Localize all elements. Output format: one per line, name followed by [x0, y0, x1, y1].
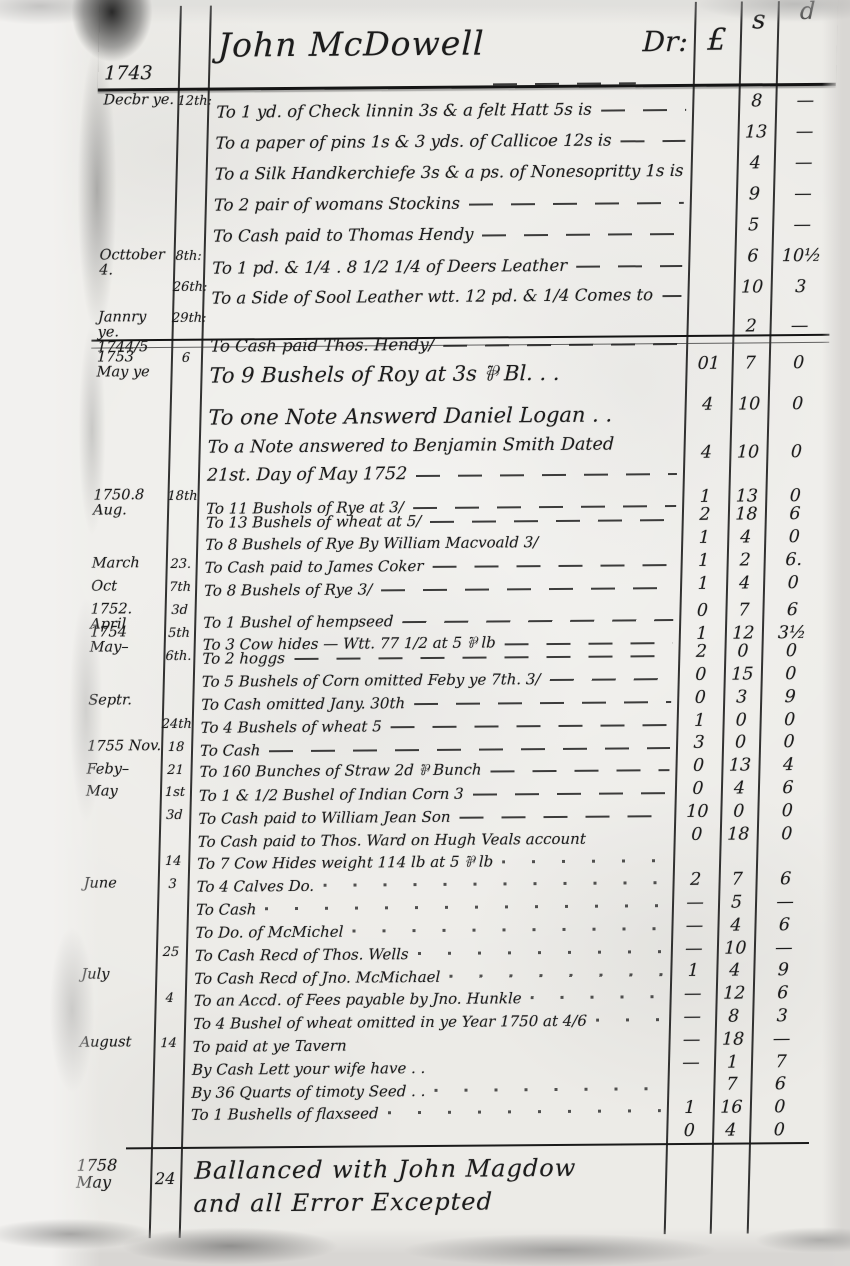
- dash-filler: [430, 519, 676, 523]
- entry-day: [155, 965, 186, 988]
- entry-text: To Do. of McMichel: [195, 923, 343, 942]
- entry-text: To 4 Calves Do.: [196, 877, 314, 896]
- entry-date: Oct: [85, 577, 166, 600]
- entries-1743: Decbr ye.12th:To 1 yd. of Check linnin 3…: [91, 86, 835, 340]
- shillings-value: 0: [722, 712, 759, 730]
- dash-filler: [549, 678, 671, 681]
- pounds-value: 1: [681, 530, 727, 548]
- entry-day: [162, 691, 193, 714]
- pence-value: 4: [758, 757, 818, 775]
- dash-filler: [381, 587, 674, 591]
- shillings-value: 18: [714, 1031, 751, 1049]
- shillings-value: 10: [733, 279, 770, 297]
- entry-text: To a Note answered to Benjamin Smith Dat…: [207, 434, 614, 457]
- pence-value: 6: [755, 871, 815, 889]
- pounds-value: 4: [684, 397, 730, 415]
- entry-date: 1753 May ye: [90, 348, 171, 391]
- entry-day: [152, 1079, 183, 1102]
- pounds-value: —: [671, 940, 717, 958]
- entry-text: To Cash paid to William Jean Son: [198, 808, 451, 828]
- entry-day: [163, 668, 194, 691]
- entry-date: May: [80, 782, 161, 805]
- entry-line: To a Note answered to Benjamin Smith Dat…: [207, 426, 684, 458]
- entry-day: 12th:: [177, 91, 208, 122]
- pounds-value: —: [671, 917, 717, 935]
- shillings-value: 15: [724, 666, 761, 684]
- entry-text: To 13 Bushels of wheat at 5/: [206, 512, 422, 532]
- entry-date: [77, 896, 158, 919]
- dash-filler: [391, 724, 671, 728]
- pence-column-header: d: [777, 0, 838, 23]
- entry-text: To 9 Bushels of Roy at 3s ⅌ Bl. . .: [209, 359, 560, 390]
- pence-value: 6: [765, 506, 825, 524]
- balance-date: 1758 May: [69, 1155, 151, 1220]
- entry-text: To 160 Bunches of Straw 2d ⅌ Bunch: [199, 760, 482, 782]
- entry-date: March: [85, 554, 166, 577]
- header-year: 1743: [98, 62, 179, 89]
- dash-filler: [576, 265, 682, 268]
- dots-filler: [596, 1018, 663, 1022]
- entry-text: To 2 pair of womans Stockins: [214, 194, 461, 215]
- pence-value: 0: [761, 666, 821, 684]
- pounds-value: 0: [674, 826, 720, 844]
- entry-date: [94, 215, 175, 247]
- entry-day: 14: [153, 1033, 184, 1056]
- entry-date: [79, 828, 160, 851]
- shillings-column-header: s: [740, 0, 778, 33]
- dots-filler: [531, 995, 664, 999]
- shillings-value: 13: [721, 758, 758, 776]
- ledger-row: To a Note answered to Benjamin Smith Dat…: [88, 425, 827, 487]
- entry-description: To Cash paid to Thomas Hendy: [204, 211, 690, 246]
- entry-text: To 1 & 1/2 Bushel of Indian Corn 3: [199, 785, 464, 805]
- shillings-value: 18: [720, 826, 757, 844]
- account-holder-name: John McDowell: [217, 23, 485, 64]
- entry-text: By Cash Lett your wife have . .: [192, 1059, 426, 1079]
- pence-value: 6: [750, 1076, 810, 1094]
- entry-date: [86, 532, 167, 555]
- entry-description: To 9 Bushels of Roy at 3s ⅌ Bl. . .: [200, 344, 686, 390]
- pence-value: —: [769, 318, 829, 336]
- entry-description: To 2 pair of womans Stockins: [205, 180, 691, 215]
- pence-value: 0: [750, 1099, 810, 1117]
- dots-filler: [502, 859, 667, 863]
- entry-date: June: [77, 874, 158, 897]
- shillings-value: 4: [712, 1122, 749, 1140]
- dash-filler: [490, 769, 669, 772]
- dots-filler: [434, 1087, 661, 1092]
- pence-value: 0: [761, 643, 821, 661]
- pence-value: 9: [760, 689, 820, 707]
- entry-description: To one Note Answerd Daniel Logan . .: [199, 386, 685, 430]
- pounds-value: 1: [667, 1100, 713, 1118]
- entry-day: [151, 1124, 182, 1147]
- ledger-row: To one Note Answerd Daniel Logan . .4100: [89, 385, 828, 431]
- entry-day: 3d: [159, 805, 190, 828]
- pounds-value: 4: [683, 445, 729, 463]
- entry-day: 24th: [161, 714, 192, 737]
- entries-1753-1757: 1753 May ye6To 9 Bushels of Roy at 3s ⅌ …: [71, 343, 829, 1148]
- entry-text: To Cash: [196, 900, 257, 918]
- entry-day: [176, 122, 207, 153]
- pounds-value: 1: [670, 963, 716, 981]
- entry-date: [88, 430, 169, 487]
- entry-day: 26th:: [172, 277, 203, 308]
- shillings-value: 5: [718, 894, 755, 912]
- entry-date: August: [73, 1033, 154, 1056]
- entry-text: To Cash paid to James Coker: [204, 557, 423, 577]
- dots-filler: [388, 1109, 661, 1114]
- entry-text: To Cash Recd of Thos. Wells: [195, 945, 409, 965]
- dash-filler: [601, 109, 686, 112]
- shillings-value: 9: [736, 186, 773, 204]
- entry-day: [154, 1010, 185, 1033]
- pence-value: —: [774, 123, 834, 141]
- dash-filler: [469, 202, 684, 206]
- dash-filler: [294, 655, 672, 660]
- entry-text: To 2 hoggs: [202, 649, 285, 668]
- entry-date: [72, 1102, 153, 1125]
- entry-date: [74, 1010, 155, 1033]
- entry-text: To 8 Bushels of Rye 3/: [204, 580, 373, 599]
- pence-value: 3: [752, 1008, 812, 1026]
- entry-text: To 4 Bushels of wheat 5: [200, 717, 382, 736]
- pence-value: 3: [770, 279, 830, 297]
- entry-day: [175, 153, 206, 184]
- pounds-value: 0: [678, 667, 724, 685]
- pounds-value: 0: [675, 758, 721, 776]
- entry-text: To paid at ye Tavern: [192, 1037, 347, 1056]
- shillings-value: 7: [718, 872, 755, 890]
- pence-value: 6: [758, 780, 818, 798]
- pounds-column-header: £: [694, 25, 741, 55]
- pence-value: 0: [763, 575, 823, 593]
- entry-text: To Cash omitted Jany. 30th: [201, 694, 405, 714]
- entry-day: 18: [161, 737, 192, 760]
- entry-day: [153, 1056, 184, 1079]
- entry-day: [167, 509, 198, 532]
- ledger-content: 1743 John McDowell Dr: £ s d Decbr ye.12…: [69, 0, 838, 1221]
- entry-day: [166, 531, 197, 554]
- dash-filler: [269, 747, 670, 752]
- pence-value: 0: [757, 826, 817, 844]
- shillings-value: 4: [716, 963, 753, 981]
- pence-value: —: [754, 940, 814, 958]
- entry-description: [181, 1120, 667, 1147]
- shillings-value: 2: [732, 318, 769, 336]
- dash-filler: [433, 564, 675, 568]
- entry-text: To one Note Answerd Daniel Logan . .: [208, 403, 612, 430]
- dash-filler: [662, 295, 682, 297]
- entry-date: [72, 1079, 153, 1102]
- entry-day: 21: [160, 759, 191, 782]
- shillings-value: 0: [722, 735, 759, 753]
- balance-line-1: Ballanced with John Magdow: [194, 1150, 809, 1187]
- entry-day: 6th.: [163, 645, 194, 668]
- ledger-sheet: 1743 John McDowell Dr: £ s d Decbr ye.12…: [0, 0, 850, 1266]
- dash-filler: [621, 140, 686, 143]
- shillings-value: 4: [727, 530, 764, 548]
- entry-line: 21st. Day of May 1752: [207, 454, 684, 486]
- pounds-value: 10: [674, 803, 720, 821]
- balance-note: 1758 May 24 Ballanced with John Magdow a…: [69, 1144, 809, 1221]
- ledger-row: 1752. April3dTo 1 Bushel of hempseed076: [84, 595, 823, 624]
- entry-day: 3: [157, 873, 188, 896]
- entry-day: [156, 919, 187, 942]
- shillings-value: 7: [713, 1077, 750, 1095]
- pounds-value: 1: [680, 575, 726, 593]
- pounds-value: 3: [676, 735, 722, 753]
- shillings-value: 10: [730, 397, 767, 415]
- entry-day: [174, 215, 205, 246]
- entry-day: [175, 184, 206, 215]
- entry-date: [78, 851, 159, 874]
- dots-filler: [352, 927, 665, 932]
- pence-value: 0: [766, 444, 826, 462]
- pounds-value: 2: [682, 507, 728, 525]
- pounds-value: —: [668, 1054, 714, 1072]
- entry-date: [73, 1056, 154, 1079]
- entry-date: [92, 277, 173, 309]
- entry-day: 1st: [160, 782, 191, 805]
- dash-filler: [459, 815, 668, 819]
- shillings-value: 0: [720, 803, 757, 821]
- pence-value: —: [772, 217, 832, 235]
- pence-value: 0: [768, 355, 828, 373]
- shillings-value: 12: [716, 986, 753, 1004]
- pence-value: 0: [759, 711, 819, 729]
- pounds-value: 2: [672, 872, 718, 890]
- pence-value: —: [774, 155, 834, 173]
- entry-date: [71, 1124, 152, 1147]
- dash-filler: [482, 233, 683, 237]
- entry-day: [168, 430, 199, 486]
- entry-date: [89, 390, 170, 431]
- shillings-value: 10: [729, 445, 766, 463]
- entry-date: [79, 805, 160, 828]
- shillings-value: 4: [737, 155, 774, 173]
- entry-description: To a Side of Sool Leather wtt. 12 pd. & …: [202, 273, 688, 308]
- entry-date: Septr.: [82, 691, 163, 714]
- entry-date: [95, 184, 176, 216]
- pounds-value: —: [669, 1009, 715, 1027]
- entry-day: 25: [156, 942, 187, 965]
- dash-filler: [492, 82, 635, 85]
- pounds-value: 0: [677, 689, 723, 707]
- pounds-value: —: [668, 1031, 714, 1049]
- shillings-value: 16: [713, 1100, 750, 1118]
- shillings-value: 0: [724, 644, 761, 662]
- pounds-value: 0: [675, 781, 721, 799]
- shillings-value: 4: [717, 917, 754, 935]
- entry-date: [96, 122, 177, 154]
- shillings-value: 4: [726, 575, 763, 593]
- entry-date: [76, 919, 157, 942]
- entry-description: To a Note answered to Benjamin Smith Dat…: [198, 426, 684, 486]
- entry-day: 23.: [165, 554, 196, 577]
- entry-date: Octtober 4.: [93, 246, 174, 279]
- entry-description: To 1 yd. of Check linnin 3s & a felt Hat…: [207, 87, 693, 122]
- entry-date: [83, 668, 164, 691]
- shillings-value: 4: [721, 780, 758, 798]
- shillings-value: 13: [737, 124, 774, 142]
- pounds-value: 01: [685, 356, 731, 374]
- pence-value: 7: [751, 1054, 811, 1072]
- entry-day: [152, 1101, 183, 1124]
- pence-value: 0: [764, 529, 824, 547]
- dash-filler: [414, 701, 671, 705]
- entry-description: To a Silk Handkerchiefe 3s & a ps. of No…: [205, 149, 691, 184]
- entry-date: July: [75, 965, 156, 988]
- dots-filler: [418, 950, 665, 955]
- entry-day: 7th: [165, 577, 196, 600]
- shillings-value: 18: [728, 507, 765, 525]
- entry-text: To Cash paid to Thomas Hendy: [213, 225, 474, 246]
- entry-text: 21st. Day of May 1752: [207, 464, 408, 486]
- shillings-value: 1: [714, 1054, 751, 1072]
- pounds-value: 2: [678, 644, 724, 662]
- dots-filler: [265, 904, 666, 910]
- dash-filler: [473, 792, 669, 796]
- scanned-ledger-page: { "header": { "year": "1743", "title": "…: [0, 0, 850, 1266]
- pence-value: 6: [762, 602, 822, 620]
- entry-day: 8th:: [173, 246, 204, 279]
- balance-line-2: and all Error Excepted: [193, 1182, 808, 1219]
- shillings-value: 7: [725, 603, 762, 621]
- pounds-value: 1: [680, 553, 726, 571]
- shillings-value: 10: [717, 940, 754, 958]
- entry-day: 6: [170, 348, 201, 390]
- entry-date: [74, 988, 155, 1011]
- entry-text: To 7 Cow Hides weight 114 lb at 5 ⅌ lb: [197, 851, 494, 873]
- entry-text: To 1 Bushells of flaxseed: [191, 1105, 379, 1124]
- pence-value: —: [755, 894, 815, 912]
- pounds-value: 0: [679, 603, 725, 621]
- shillings-value: 8: [738, 93, 775, 111]
- pence-value: 10½: [771, 248, 831, 266]
- debit-abbreviation: Dr:: [642, 24, 694, 57]
- shillings-value: 2: [726, 552, 763, 570]
- pounds-value: —: [670, 986, 716, 1004]
- ledger-row: 1750.8 Aug.18thTo 11 Bushols of Rye at 3…: [87, 481, 826, 510]
- entry-date: [81, 714, 162, 737]
- shillings-value: 6: [734, 249, 771, 267]
- entry-text: By 36 Quarts of timoty Seed . .: [191, 1082, 426, 1102]
- shillings-value: 7: [731, 356, 768, 374]
- ledger-header: 1743 John McDowell Dr: £ s d: [98, 0, 838, 92]
- entry-text: To Cash Recd of Jno. McMichael: [194, 967, 441, 987]
- entry-date: Feby–: [80, 760, 161, 783]
- entry-date: 1755 Nov.: [81, 737, 162, 760]
- pence-value: 6: [753, 985, 813, 1003]
- entry-date: Decbr ye.: [97, 91, 178, 123]
- entry-date: [95, 153, 176, 185]
- entry-date: [87, 509, 168, 532]
- shillings-value: 8: [715, 1008, 752, 1026]
- entry-day: [169, 390, 200, 430]
- entry-text: To Cash: [200, 741, 261, 759]
- pence-value: 0: [749, 1122, 809, 1140]
- balance-day: 24: [149, 1155, 181, 1220]
- entry-day: [159, 828, 190, 851]
- shillings-value: 5: [735, 217, 772, 235]
- entry-date: [83, 646, 164, 669]
- pence-value: 9: [753, 962, 813, 980]
- pence-value: —: [773, 186, 833, 204]
- pence-value: 0: [757, 803, 817, 821]
- entry-day: 14: [158, 851, 189, 874]
- pence-value: 0: [767, 396, 827, 414]
- pence-value: 0: [759, 734, 819, 752]
- entry-day: 4: [154, 987, 185, 1010]
- pounds-value: 0: [666, 1123, 712, 1141]
- pence-value: —: [751, 1031, 811, 1049]
- dash-filler: [416, 473, 677, 477]
- ledger-row: 1753 May ye6To 9 Bushels of Roy at 3s ⅌ …: [90, 343, 829, 391]
- dots-filler: [449, 973, 664, 978]
- entry-day: [157, 896, 188, 919]
- pence-value: 6: [754, 917, 814, 935]
- shillings-value: 3: [723, 689, 760, 707]
- pence-value: 6.: [763, 552, 823, 570]
- entry-date: [76, 942, 157, 965]
- dots-filler: [323, 881, 667, 887]
- pounds-value: 1: [676, 712, 722, 730]
- pounds-value: —: [672, 895, 718, 913]
- entry-description: To a paper of pins 1s & 3 yds. of Callic…: [206, 118, 692, 153]
- pence-value: —: [775, 92, 835, 110]
- ledger-row: 1754 May–5thTo 3 Cow hides — Wtt. 77 1/2…: [84, 618, 823, 647]
